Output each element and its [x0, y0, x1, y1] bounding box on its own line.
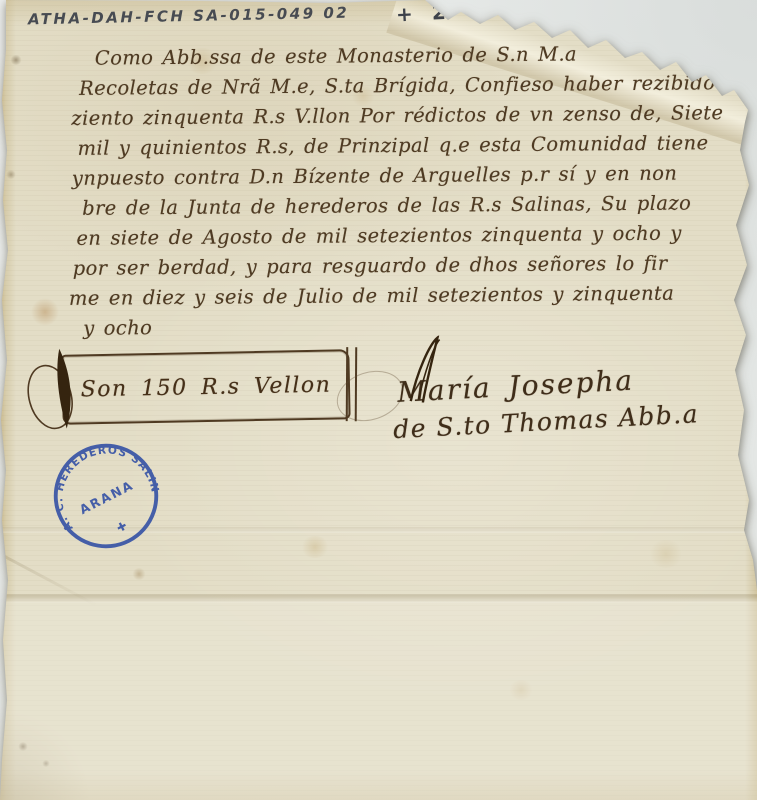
stamp-cross-icon: ✚ — [114, 518, 129, 535]
paper-stain — [300, 536, 330, 558]
paper-stain — [10, 55, 22, 65]
paper-stain — [508, 680, 534, 700]
fold-crease — [0, 594, 757, 603]
paper-stain — [18, 742, 28, 751]
paper-stain — [648, 540, 684, 568]
amount-text: Son 150 R.s Vellon — [80, 372, 331, 402]
signature-block: María Josepha de S.to Thomas Abb.a — [396, 360, 699, 444]
paper-sheet: ATHA-DAH-FCH SA-015-049 02 + 2 Como Abb.… — [0, 0, 757, 800]
stamp-center-text: ARANA — [77, 477, 136, 517]
paper-stain — [42, 760, 50, 767]
signature-flourish-icon — [399, 335, 462, 404]
fold-section-tone — [0, 603, 757, 800]
manuscript-text-block: Como Abb.ssa de este Monasterio de S.n M… — [71, 38, 734, 344]
folio-mark: + 2 — [395, 0, 452, 26]
calligraphic-flourish-icon — [25, 344, 101, 437]
archive-reference-code: ATHA-DAH-FCH SA-015-049 02 — [28, 4, 350, 29]
paper-stain — [676, 18, 716, 48]
archive-stamp: A. C. HEREDEROS SALINAS ARANA ✚ — [28, 418, 184, 574]
scanned-document: ATHA-DAH-FCH SA-015-049 02 + 2 Como Abb.… — [0, 0, 757, 800]
paper-stain — [6, 170, 16, 179]
paper-stain — [132, 568, 146, 580]
paper-stain — [30, 298, 60, 326]
manuscript-line: me en diez y seis de Julio de mil setezi… — [69, 278, 733, 314]
amount-box: Son 150 R.s Vellon — [61, 349, 350, 425]
